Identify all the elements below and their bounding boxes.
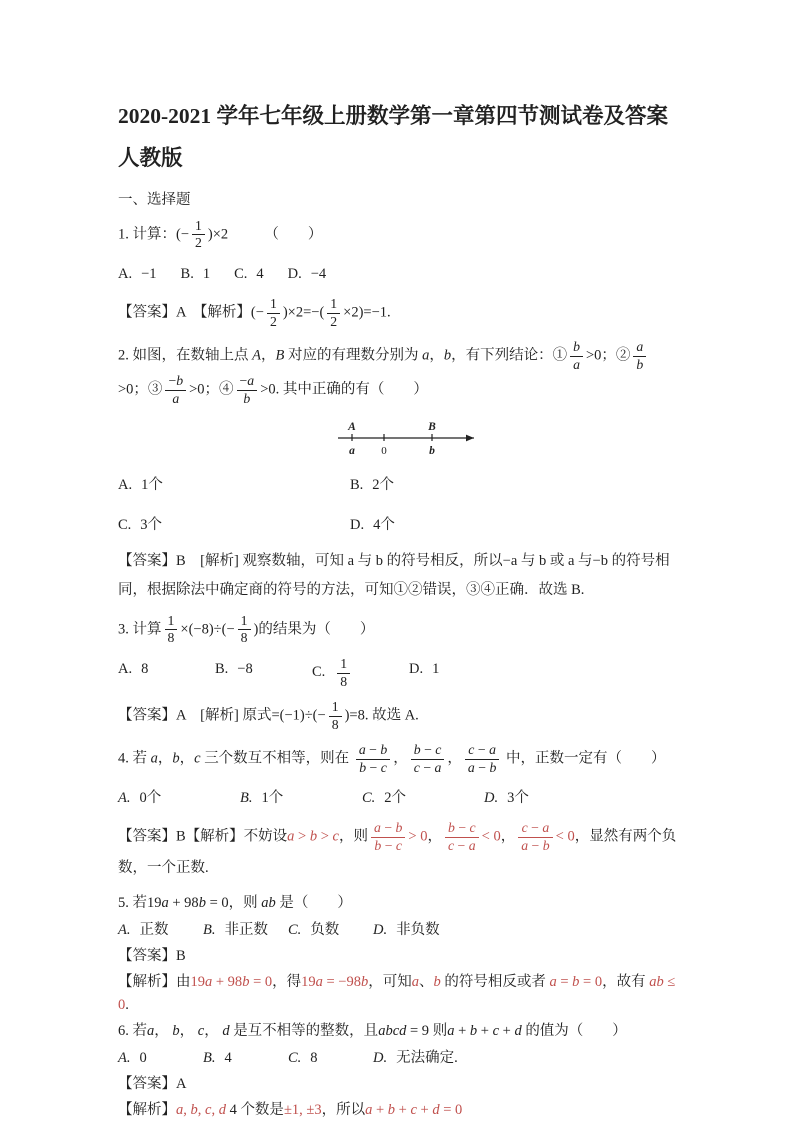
math-fraction: −ba [165,373,186,407]
text-run: )=8. 故选 A. [345,707,419,723]
math-var: a [573,357,580,372]
math-var: b [172,1023,179,1039]
math-var: a [521,838,528,853]
question-2-options: A.1个B.2个C.3个D.4个 [118,472,677,538]
text-run: 【答案】B【解析】不妨设 [118,829,287,845]
text-run: −4 [311,266,326,282]
option-B: B.4 [203,1045,288,1071]
math-var: b [489,760,496,775]
text-run: 【答案】B [解析] 观察数轴，可知 a 与 b 的符号相反，所以−a 与 b … [118,553,670,597]
text-run: (− [176,226,189,242]
math-var: b [414,742,421,757]
option-A: A.0个 [118,785,240,811]
option-label: A. [118,922,130,938]
text-run: −1 [141,266,156,282]
fraction-numerator: 1 [267,296,280,314]
text-run: ±1, ±3 [284,1102,322,1118]
math-fraction: ba [570,339,583,373]
option-C: C.负数 [288,917,373,943]
text-run: 4. 若 [118,750,151,766]
math-var: c [448,838,454,853]
text-run: ， [447,750,462,766]
option-C: C.2个 [362,785,484,811]
option-label: A. [118,1050,130,1066]
text-run: 1. 计算： [118,226,176,242]
text-run: < 0 [482,829,501,845]
option-C: C.3个 [118,512,350,538]
math-fraction: 12 [327,296,340,330]
math-var: b [243,391,250,406]
option-label: B. [203,922,215,938]
text-run: a = b = 0 [549,974,602,990]
math-var: c [468,742,474,757]
text-run: 的值为（ ） [522,1023,627,1039]
text-run: ， [261,347,276,363]
option-label: A. [118,266,132,282]
math-var: d [432,1102,439,1118]
fraction-denominator: a [570,357,583,374]
math-var: a [468,760,475,775]
text-run: 0个 [139,790,161,806]
text-run: ， [180,750,195,766]
math-var: a [435,760,442,775]
math-fraction: b − cc − a [445,820,479,854]
option-label: B. [203,1050,215,1066]
option-C: C.8 [288,1045,373,1071]
fraction-numerator: a − b [356,742,390,760]
question-4-options: A.0个B.1个C.2个D.3个 [118,785,677,811]
math-var: c [381,760,387,775]
fraction-numerator: b [570,339,583,357]
option-D: D.无法确定. [373,1045,458,1071]
question-1-options: A.−1B.1C.4D.−4 [118,261,677,287]
document-page: 2020-2021 学年七年级上册数学第一章第四节测试卷及答案 人教版 一、选择… [0,0,793,1122]
question-6: 6. 若a， b， c， d 是互不相等的整数，且abcd = 9 则a + b… [118,1020,677,1122]
math-fraction: 18 [337,656,350,690]
text-run: −8 [237,661,252,677]
math-var: a [489,742,496,757]
text-run: 2. 如图，在数轴上点 [118,347,252,363]
question-6-stem: 6. 若a， b， c， d 是互不相等的整数，且abcd = 9 则a + b… [118,1020,677,1043]
math-var: a [247,373,254,388]
fraction-numerator: −b [165,373,186,391]
question-1: 1. 计算：(−12)×2 （ ）A.−1B.1C.4D.−4【答案】A 【解析… [118,218,677,330]
text-run: A [252,347,261,363]
option-D: D.−4 [288,261,327,287]
questions-container: 1. 计算：(−12)×2 （ ）A.−1B.1C.4D.−4【答案】A 【解析… [118,218,677,1122]
fraction-denominator: b [237,391,258,408]
text-run: 0 [139,1050,146,1066]
math-var: c [522,820,528,835]
question-5-answer-line-2: 【解析】由19a + 98b = 0，得19a = −98b，可知a、b 的符号… [118,971,677,1018]
fraction-numerator: 1 [327,296,340,314]
text-run: 6. 若 [118,1023,147,1039]
fraction-denominator: a − b [518,838,552,855]
number-line-figure: ABa0b [336,416,677,463]
text-run: abcd = 9 [378,1023,429,1039]
math-var: A [252,347,261,363]
option-A: A.−1 [118,261,157,287]
text-run: a [412,974,419,990]
option-label: B. [215,661,228,677]
text-run: 4 [256,266,263,282]
question-2: 2. 如图，在数轴上点 A，B 对应的有理数分别为 a，b，有下列结论：①ba>… [118,339,677,604]
fraction-numerator: b − c [411,742,445,760]
math-var: ab [261,895,276,911]
text-run: 1个 [261,790,283,806]
text-run: 3个 [140,517,162,533]
text-run: 则 [429,1023,447,1039]
math-var: a [412,974,419,990]
fraction-denominator: b − c [356,760,390,777]
option-label: D. [288,266,302,282]
fraction-denominator: 2 [327,314,340,331]
text-run: d [222,1023,229,1039]
text-run: 4 个数是 [226,1102,284,1118]
option-B: B.非正数 [203,917,288,943]
math-var: b [380,742,387,757]
point-A-label: A [347,421,356,433]
fraction-denominator: b − c [371,838,405,855]
option-A: A.正数 [118,917,203,943]
text-run: b [172,750,179,766]
text-run: < 0 [556,829,575,845]
text-run: )×2 [208,226,228,242]
text-run: 【解析】 [118,1102,176,1118]
option-D: D.3个 [484,785,606,811]
fraction-numerator: c − a [465,742,499,760]
fraction-denominator: 2 [267,314,280,331]
math-var: c [493,1023,499,1039]
math-var: c [470,820,476,835]
option-B: B.2个 [350,472,582,498]
math-var: a [359,742,366,757]
text-run: 1 [432,661,439,677]
math-var: b [374,838,381,853]
question-5-options: A.正数B.非正数C.负数D.非负数 [118,917,677,943]
text-run: B [275,347,284,363]
fraction-numerator: a [633,339,646,357]
math-var: a [172,391,179,406]
text-run: ，故有 [602,974,649,990]
page-title-line2: 人教版 [118,138,677,180]
text-run: 三个数互不相等，则在 [201,750,353,766]
option-D: D.非负数 [373,917,440,943]
text-run: ，可知 [368,974,412,990]
text-run: 是（ ） [276,895,352,911]
option-label: C. [362,790,375,806]
text-run: 非正数 [224,922,268,938]
text-run: 是互不相等的整数，且 [230,1023,379,1039]
math-var: c [414,760,420,775]
fraction-numerator: a − b [371,820,405,838]
text-run: 【答案】A [118,1076,186,1092]
text-run: 、 [419,974,434,990]
math-var: a [636,339,643,354]
math-fraction: 18 [165,613,178,647]
text-run: 负数 [310,922,339,938]
text-run: ，得 [272,974,301,990]
math-var: a [316,974,323,990]
text-run: 8 [141,661,148,677]
option-D: D.4个 [350,512,582,538]
question-4-stem: 4. 若 a，b，c 三个数互不相等，则在 a − bb − c，b − cc … [118,742,677,776]
text-run: 无法确定. [396,1050,458,1066]
text-run: ×2)=−1. [343,304,391,320]
question-3-stem: 3. 计算18×(−8)÷(−18)的结果为（ ） [118,613,677,647]
option-B: B.1个 [240,785,362,811]
math-fraction: c − aa − b [465,742,499,776]
math-var: b [242,974,249,990]
math-var: a [162,895,169,911]
text-run: 19a = −98b [301,974,368,990]
text-run: ， [501,829,516,845]
text-run: 【答案】B [118,948,186,964]
text-run: 8 [310,1050,317,1066]
text-run: ， [154,1023,172,1039]
math-var: a [549,974,556,990]
option-A: A.8 [118,656,215,690]
text-run: ，则 [229,895,262,911]
math-fraction: b − cc − a [411,742,445,776]
option-C: C.4 [234,261,264,287]
fraction-denominator: 2 [192,235,205,252]
text-run: b [172,1023,179,1039]
option-label: D. [373,922,387,938]
text-run: 3个 [507,790,529,806]
option-label: A. [118,661,132,677]
math-var: c [205,1102,211,1118]
math-var: c [410,1102,416,1118]
text-run: ，有下列结论：① [451,347,567,363]
text-run: （ ） [228,226,322,242]
text-run: 对应的有理数分别为 [284,347,422,363]
math-var: b [573,339,580,354]
math-fraction: a − bb − c [356,742,390,776]
math-var: b [636,357,643,372]
option-B: B.1 [181,261,211,287]
math-fraction: 18 [238,613,251,647]
question-6-options: A.0B.4C.8D.无法确定. [118,1045,677,1071]
question-6-answer-line-1: 【答案】A [118,1073,677,1096]
text-run: )×2=−( [283,304,324,320]
math-fraction: −ab [237,373,258,407]
fraction-denominator: a [165,391,186,408]
point-B-label: B [427,421,436,433]
option-label: A. [118,477,132,493]
option-label: C. [312,664,325,680]
option-label: C. [234,266,247,282]
text-run: 中，正数一定有（ ） [502,750,665,766]
math-fraction: a − bb − c [371,820,405,854]
question-6-answer-line-2: 【解析】a, b, c, d 4 个数是±1, ±3，所以a + b + c +… [118,1099,677,1122]
text-run: . [125,997,129,1013]
option-B: B.−8 [215,656,312,690]
math-var: d [514,1023,521,1039]
math-var: a [542,820,549,835]
math-var: a [287,829,294,845]
text-run: 【答案】A [解析] 原式=(−1)÷(− [118,707,326,723]
text-run: 19a + 98b = 0 [147,895,229,911]
math-var: c [435,742,441,757]
math-fraction: 12 [267,296,280,330]
text-run: 3. 计算 [118,621,162,637]
option-label: A. [118,790,130,806]
number-line-svg: ABa0b [336,416,486,458]
fraction-numerator: −a [237,373,258,391]
option-label: D. [373,1050,387,1066]
text-run: 1个 [141,477,163,493]
math-var: a [365,1102,372,1118]
text-run: b [444,347,451,363]
math-var: B [275,347,284,363]
math-var: a [176,1102,183,1118]
math-var: a [151,750,158,766]
fraction-denominator: b [633,357,646,374]
option-A: A.0 [118,1045,203,1071]
question-4-answer-line-1: 【答案】B【解析】不妨设a > b > c，则a − bb − c> 0，b −… [118,820,677,882]
math-var: ab [649,974,664,990]
question-3-answer-line-1: 【答案】A [解析] 原式=(−1)÷(−18)=8. 故选 A. [118,699,677,733]
question-5-answer-line-1: 【答案】B [118,945,677,968]
text-run: 5. 若 [118,895,147,911]
text-run: b [433,974,440,990]
text-run: >0；② [586,347,630,363]
option-label: D. [484,790,498,806]
question-1-answer-line-1: 【答案】A 【解析】(−12)×2=−(12×2)=−1. [118,296,677,330]
text-run: ， [429,347,444,363]
math-var: b [310,829,317,845]
text-run: )的结果为（ ） [254,621,375,637]
fraction-numerator: b − c [445,820,479,838]
text-run: > 0 [408,829,427,845]
fraction-denominator: 8 [329,717,342,734]
text-run: ab [261,895,276,911]
math-var: b [433,974,440,990]
option-label: C. [288,922,301,938]
question-2-stem: 2. 如图，在数轴上点 A，B 对应的有理数分别为 a，b，有下列结论：①ba>… [118,339,677,407]
option-C: C.18 [312,656,409,690]
text-run: 2个 [384,790,406,806]
text-run: 【解析】由 [118,974,191,990]
origin-label: 0 [381,445,387,457]
text-run: 非负数 [396,922,440,938]
option-label: B. [181,266,194,282]
text-run: 正数 [139,922,168,938]
section-heading: 一、选择题 [118,188,677,209]
math-var: b [199,895,206,911]
text-run: ， [204,1023,222,1039]
option-label: C. [118,517,131,533]
fraction-numerator: c − a [518,820,552,838]
fraction-numerator: 1 [329,699,342,717]
value-a-label: a [349,445,355,457]
text-run: ， [180,1023,198,1039]
question-2-answer-line-1: 【答案】B [解析] 观察数轴，可知 a 与 b 的符号相反，所以−a 与 b … [118,547,677,604]
text-run: 2个 [372,477,394,493]
text-run: a + b + c + d = 0 [365,1102,462,1118]
text-run: 4 [224,1050,231,1066]
text-run: 4个 [373,517,395,533]
axis-arrow [466,435,474,442]
fraction-denominator: c − a [445,838,479,855]
math-var: a [469,838,476,853]
text-run: ×(−8)÷(− [180,621,234,637]
page-title-line1: 2020-2021 学年七年级上册数学第一章第四节测试卷及答案 [118,96,677,138]
option-label: B. [240,790,252,806]
page-title: 2020-2021 学年七年级上册数学第一章第四节测试卷及答案 人教版 [118,96,677,180]
fraction-numerator: 1 [337,656,350,674]
math-fraction: ab [633,339,646,373]
fraction-numerator: 1 [238,613,251,631]
fraction-numerator: 1 [165,613,178,631]
math-var: b [444,347,451,363]
math-var: a [447,1023,454,1039]
math-var: b [191,1102,198,1118]
math-var: d [219,1102,226,1118]
fraction-denominator: 8 [165,630,178,647]
question-3-options: A.8B.−8C.18D.1 [118,656,677,690]
math-var: a [205,974,212,990]
math-var: b [470,1023,477,1039]
option-label: B. [350,477,363,493]
text-run: >0. 其中正确的有（ ） [260,381,428,397]
option-label: D. [350,517,364,533]
math-fraction: 12 [192,218,205,252]
text-run: ， [427,829,442,845]
text-run: 【答案】A 【解析】 [118,304,251,320]
fraction-denominator: 8 [238,630,251,647]
math-fraction: 18 [329,699,342,733]
question-3: 3. 计算18×(−8)÷(−18)的结果为（ ）A.8B.−8C.18D.1【… [118,613,677,733]
text-run: 的符号相反或者 [441,974,550,990]
question-5: 5. 若19a + 98b = 0，则 ab 是（ ）A.正数B.非正数C.负数… [118,892,677,1018]
math-var: b [176,373,183,388]
math-var: c [396,838,402,853]
text-run: 1 [203,266,210,282]
text-run: a [151,750,158,766]
text-run: ，则 [339,829,368,845]
fraction-denominator: a − b [465,760,499,777]
fraction-numerator: 1 [192,218,205,236]
text-run: (− [251,304,264,320]
option-D: D.1 [409,656,506,690]
text-run: >0；④ [189,381,233,397]
math-var: b [359,760,366,775]
math-var: b [543,838,550,853]
question-1-stem: 1. 计算：(−12)×2 （ ） [118,218,677,252]
text-run: a + b + c + d [447,1023,522,1039]
value-b-label: b [429,445,435,457]
math-var: b [396,820,403,835]
text-run: ， [393,750,408,766]
option-label: C. [288,1050,301,1066]
fraction-denominator: c − a [411,760,445,777]
math-var: abcd [378,1023,406,1039]
math-fraction: c − aa − b [518,820,552,854]
math-var: d [222,1023,229,1039]
text-run: a > b > c [287,829,339,845]
text-run: 19a + 98b = 0 [191,974,273,990]
question-4: 4. 若 a，b，c 三个数互不相等，则在 a − bb − c，b − cc … [118,742,677,882]
question-5-stem: 5. 若19a + 98b = 0，则 ab 是（ ） [118,892,677,915]
math-var: b [172,750,179,766]
math-var: b [448,820,455,835]
math-var: b [388,1102,395,1118]
text-run: >0；③ [118,381,162,397]
math-var: b [572,974,579,990]
text-run: a, b, c, d [176,1102,226,1118]
